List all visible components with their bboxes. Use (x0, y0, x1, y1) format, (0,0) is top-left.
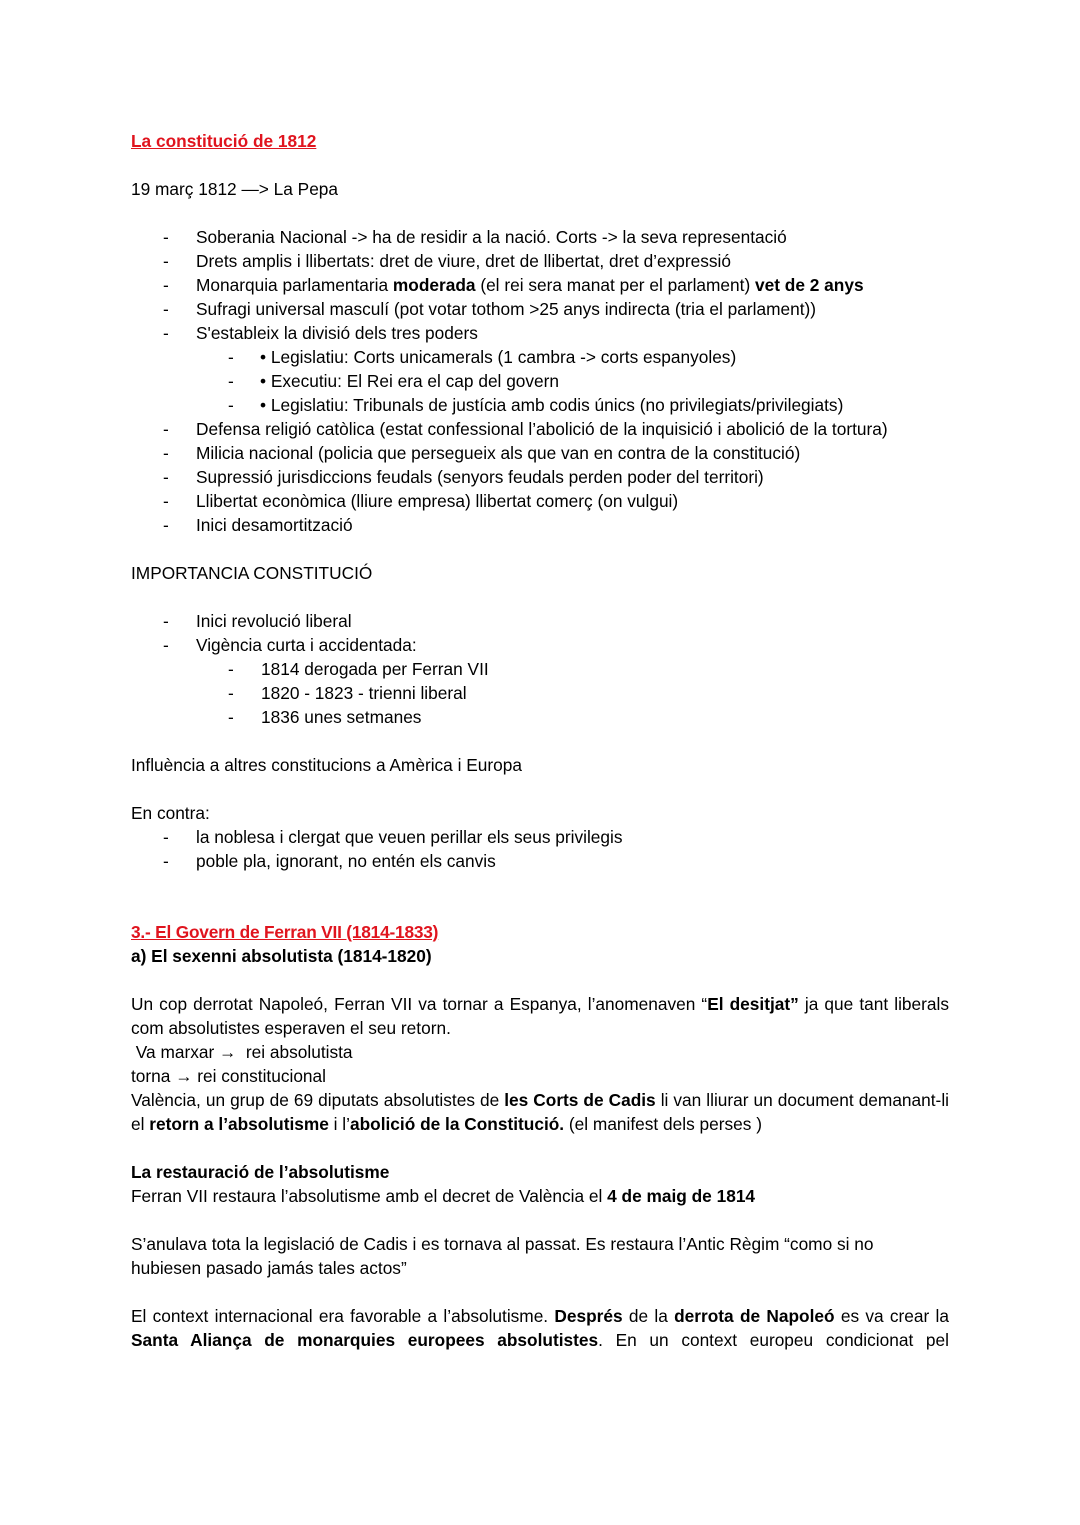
constitution-points-list: -Soberania Nacional -> ha de residir a l… (131, 225, 949, 537)
dash-bullet: - (163, 513, 169, 537)
list-item: -Inici revolució liberal (131, 609, 949, 633)
section-title-constitution-1812: La constitució de 1812 (131, 129, 949, 153)
dash-bullet: - (163, 225, 169, 249)
dash-bullet: - (228, 657, 234, 681)
paragraph-manifest-perses: València, un grup de 69 diputats absolut… (131, 1088, 949, 1136)
list-item: -Llibertat econòmica (lliure empresa) ll… (131, 489, 949, 513)
sub-list-item: -1836 unes setmanes (131, 705, 949, 729)
dash-bullet: - (228, 345, 234, 369)
sub-list-item: -1814 derogada per Ferran VII (131, 657, 949, 681)
section-title-ferran-vii: 3.- El Govern de Ferran VII (1814-1833) (131, 920, 949, 944)
list-item: -S'estableix la divisió dels tres poders (131, 321, 949, 345)
list-item: -Monarquia parlamentaria moderada (el re… (131, 273, 949, 297)
list-item: -poble pla, ignorant, no entén els canvi… (131, 849, 949, 873)
left-line: Va marxar → rei absolutista (131, 1040, 949, 1064)
dash-bullet: - (163, 321, 169, 345)
sub-list-item: -• Legislatiu: Corts unicamerals (1 camb… (131, 345, 949, 369)
against-label: En contra: (131, 801, 949, 825)
list-item: -Supressió jurisdiccions feudals (senyor… (131, 465, 949, 489)
dash-bullet: - (163, 297, 169, 321)
importance-heading: IMPORTANCIA CONSTITUCIÓ (131, 561, 949, 585)
dash-bullet: - (228, 705, 234, 729)
list-item: -Defensa religió catòlica (estat confess… (131, 417, 949, 441)
dash-bullet: - (228, 369, 234, 393)
date-line: 19 març 1812 —> La Pepa (131, 177, 949, 201)
dash-bullet: - (163, 633, 169, 657)
document-page: La constitució de 1812 19 març 1812 —> L… (131, 129, 949, 1352)
dash-bullet: - (163, 489, 169, 513)
list-item: -Drets amplis i llibertats: dret de viur… (131, 249, 949, 273)
dash-bullet: - (163, 417, 169, 441)
list-item: -Milicia nacional (policia que perseguei… (131, 441, 949, 465)
paragraph-context-internacional: El context internacional era favorable a… (131, 1304, 949, 1352)
sub-list-item: -• Legislatiu: Tribunals de justícia amb… (131, 393, 949, 417)
dash-bullet: - (163, 441, 169, 465)
dash-bullet: - (163, 825, 169, 849)
list-item: -Sufragi universal masculí (pot votar to… (131, 297, 949, 321)
importance-list: -Inici revolució liberal -Vigència curta… (131, 609, 949, 729)
sub-list-item: -• Executiu: El Rei era el cap del gover… (131, 369, 949, 393)
list-item: -Soberania Nacional -> ha de residir a l… (131, 225, 949, 249)
list-item: -Inici desamortització (131, 513, 949, 537)
paragraph-anulava: S’anulava tota la legislació de Cadis i … (131, 1232, 921, 1280)
dash-bullet: - (163, 609, 169, 633)
dash-bullet: - (228, 393, 234, 417)
restoration-heading: La restauració de l’absolutisme (131, 1160, 949, 1184)
subsection-title-sexenni: a) El sexenni absolutista (1814-1820) (131, 944, 949, 968)
dash-bullet: - (163, 249, 169, 273)
against-list: -la noblesa i clergat que veuen perillar… (131, 825, 949, 873)
paragraph-desitjat: Un cop derrotat Napoleó, Ferran VII va t… (131, 992, 949, 1040)
dash-bullet: - (163, 273, 169, 297)
list-item: -la noblesa i clergat que veuen perillar… (131, 825, 949, 849)
influence-line: Influència a altres constitucions a Amèr… (131, 753, 949, 777)
return-line: torna → rei constitucional (131, 1064, 949, 1088)
restoration-line: Ferran VII restaura l’absolutisme amb el… (131, 1184, 949, 1208)
dash-bullet: - (163, 465, 169, 489)
dash-bullet: - (228, 681, 234, 705)
list-item: -Vigència curta i accidentada: (131, 633, 949, 657)
dash-bullet: - (163, 849, 169, 873)
sub-list-item: -1820 - 1823 - trienni liberal (131, 681, 949, 705)
